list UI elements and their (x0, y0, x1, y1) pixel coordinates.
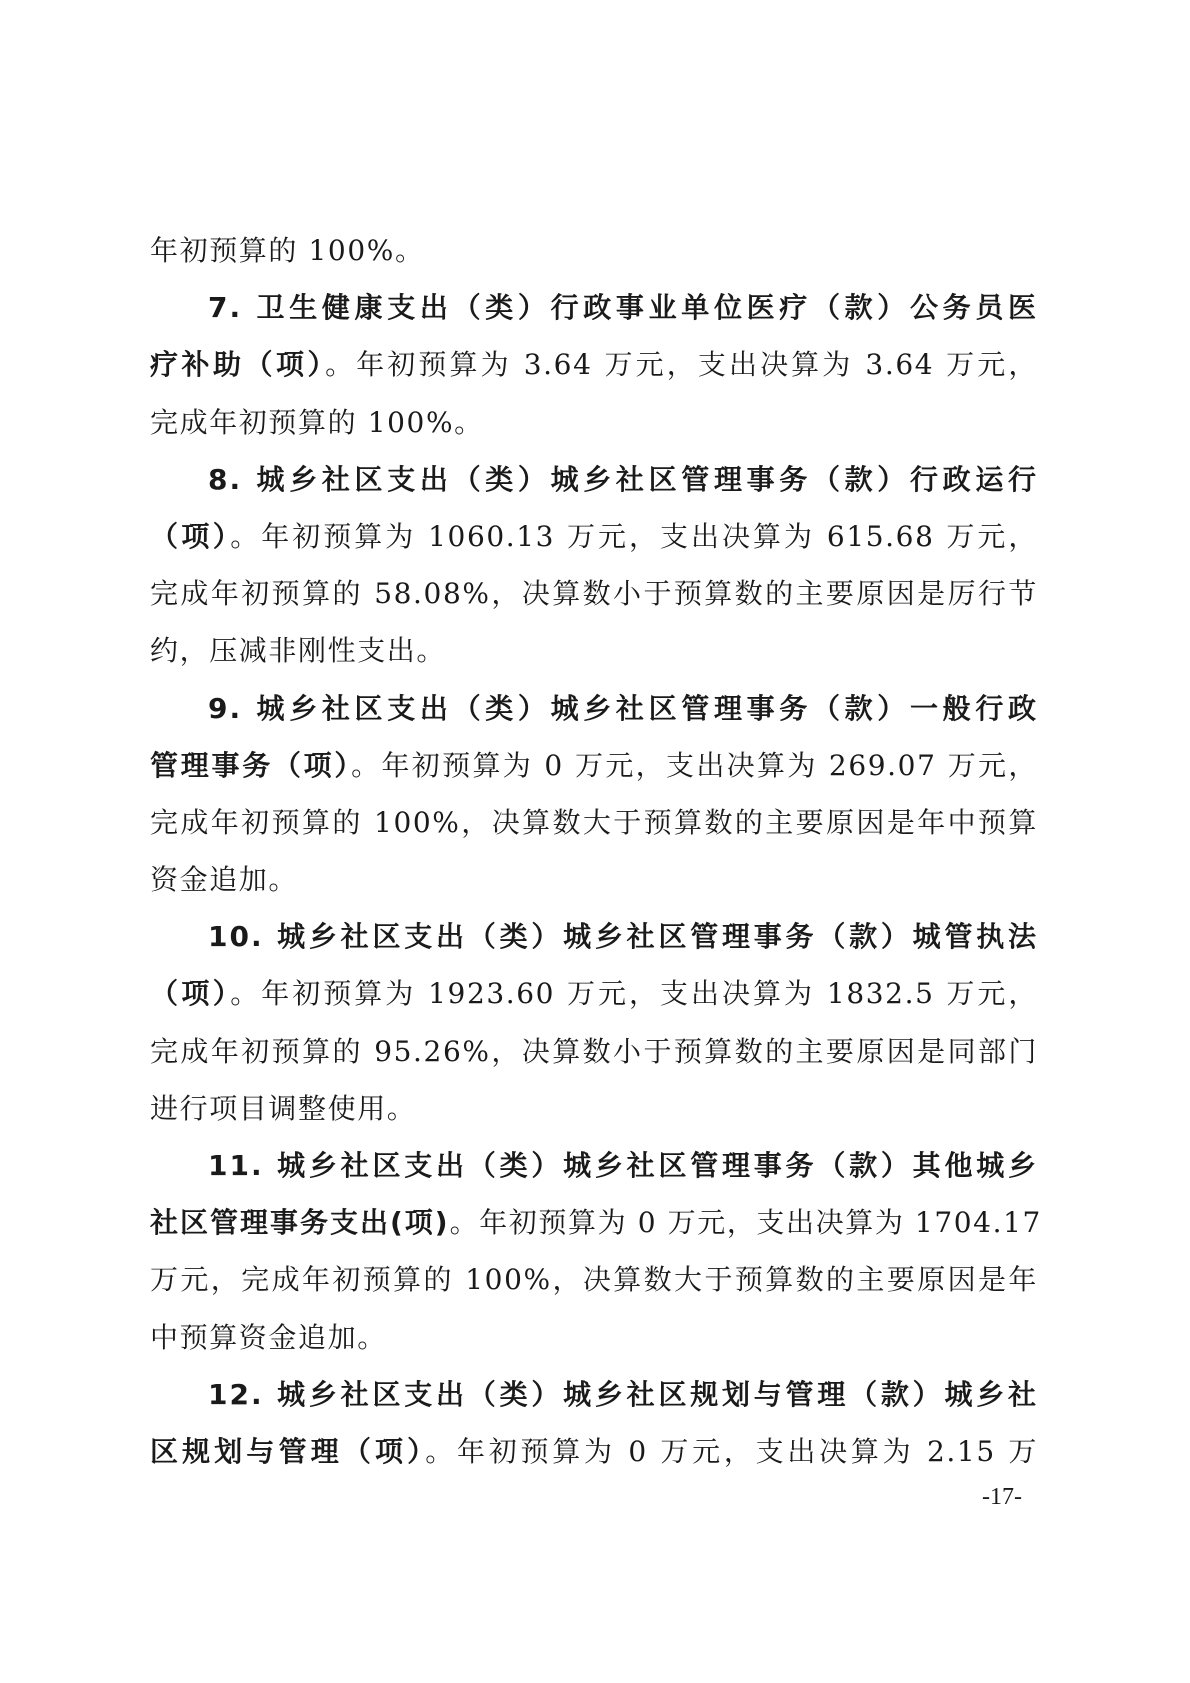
text-line: 疗补助（项）。年初预算为 3.64 万元，支出决算为 3.64 万元， (150, 336, 1038, 393)
line-bold: （项） (150, 520, 230, 553)
text-line: 完成年初预算的 100%，决算数大于预算数的主要原因是年中预算 (150, 794, 1038, 851)
item-12-heading: 12. 城乡社区支出（类）城乡社区规划与管理（款）城乡社 (150, 1366, 1038, 1423)
text-line: 年初预算的 100%。 (150, 222, 1038, 279)
item-10-heading: 10. 城乡社区支出（类）城乡社区管理事务（款）城管执法 (150, 908, 1038, 965)
text-line: 万元，完成年初预算的 100%，决算数大于预算数的主要原因是年 (150, 1251, 1038, 1308)
text-line: 资金追加。 (150, 851, 1038, 908)
line-bold: 疗补助（项） (150, 348, 325, 381)
text-line: 进行项目调整使用。 (150, 1080, 1038, 1137)
text-line: 完成年初预算的 58.08%，决算数小于预算数的主要原因是厉行节 (150, 565, 1038, 622)
line-text: 进行项目调整使用。 (150, 1092, 416, 1125)
item-9-heading: 9. 城乡社区支出（类）城乡社区管理事务（款）一般行政 (150, 680, 1038, 737)
text-line: 区规划与管理（项）。年初预算为 0 万元，支出决算为 2.15 万 (150, 1423, 1038, 1480)
line-text: 万元，完成年初预算的 100%，决算数大于预算数的主要原因是年 (150, 1263, 1038, 1296)
line-text: 。年初预算为 1060.13 万元，支出决算为 615.68 万元， (230, 520, 1038, 553)
line-bold: 管理事务（项） (150, 749, 351, 782)
line-bold: 区规划与管理（项） (150, 1435, 425, 1468)
text-line: 完成年初预算的 95.26%，决算数小于预算数的主要原因是同部门 (150, 1023, 1038, 1080)
line-bold: 10. 城乡社区支出（类）城乡社区管理事务（款）城管执法 (208, 920, 1038, 953)
line-text: 。年初预算为 0 万元，支出决算为 2.15 万 (425, 1435, 1038, 1468)
text-line: （项）。年初预算为 1060.13 万元，支出决算为 615.68 万元， (150, 508, 1038, 565)
page-number: -17- (982, 1484, 1022, 1511)
line-text: 。年初预算为 0 万元，支出决算为 1704.17 (450, 1206, 1042, 1239)
item-11-heading: 11. 城乡社区支出（类）城乡社区管理事务（款）其他城乡 (150, 1137, 1038, 1194)
line-bold: 11. 城乡社区支出（类）城乡社区管理事务（款）其他城乡 (208, 1149, 1038, 1182)
line-bold: 8. 城乡社区支出（类）城乡社区管理事务（款）行政运行 (208, 463, 1038, 496)
text-line: （项）。年初预算为 1923.60 万元，支出决算为 1832.5 万元， (150, 965, 1038, 1022)
line-text: 约，压减非刚性支出。 (150, 634, 446, 667)
line-text: 完成年初预算的 58.08%，决算数小于预算数的主要原因是厉行节 (150, 577, 1038, 610)
line-text: 中预算资金追加。 (150, 1321, 387, 1354)
document-page: 年初预算的 100%。 7. 卫生健康支出（类）行政事业单位医疗（款）公务员医 … (0, 0, 1190, 1683)
text-line: 管理事务（项）。年初预算为 0 万元，支出决算为 269.07 万元， (150, 737, 1038, 794)
line-text: 完成年初预算的 100%。 (150, 406, 484, 439)
line-bold: 12. 城乡社区支出（类）城乡社区规划与管理（款）城乡社 (208, 1378, 1038, 1411)
body-text: 年初预算的 100%。 7. 卫生健康支出（类）行政事业单位医疗（款）公务员医 … (150, 222, 1038, 1480)
line-bold: 7. 卫生健康支出（类）行政事业单位医疗（款）公务员医 (208, 291, 1038, 324)
line-bold: 社区管理事务支出(项) (150, 1206, 450, 1239)
line-text: 。年初预算为 3.64 万元，支出决算为 3.64 万元， (325, 348, 1038, 381)
text-line: 中预算资金追加。 (150, 1309, 1038, 1366)
line-text: 资金追加。 (150, 863, 298, 896)
line-bold: （项） (150, 977, 230, 1010)
text-line: 社区管理事务支出(项)。年初预算为 0 万元，支出决算为 1704.17 (150, 1194, 1038, 1251)
line-text: 完成年初预算的 100%，决算数大于预算数的主要原因是年中预算 (150, 806, 1038, 839)
item-7-heading: 7. 卫生健康支出（类）行政事业单位医疗（款）公务员医 (150, 279, 1038, 336)
line-text: 。年初预算为 0 万元，支出决算为 269.07 万元， (351, 749, 1038, 782)
item-8-heading: 8. 城乡社区支出（类）城乡社区管理事务（款）行政运行 (150, 451, 1038, 508)
line-text: 。年初预算为 1923.60 万元，支出决算为 1832.5 万元， (230, 977, 1038, 1010)
line-text: 完成年初预算的 95.26%，决算数小于预算数的主要原因是同部门 (150, 1035, 1038, 1068)
text-line: 完成年初预算的 100%。 (150, 394, 1038, 451)
line-text: 年初预算的 100%。 (150, 234, 425, 267)
line-bold: 9. 城乡社区支出（类）城乡社区管理事务（款）一般行政 (208, 692, 1038, 725)
text-line: 约，压减非刚性支出。 (150, 622, 1038, 679)
